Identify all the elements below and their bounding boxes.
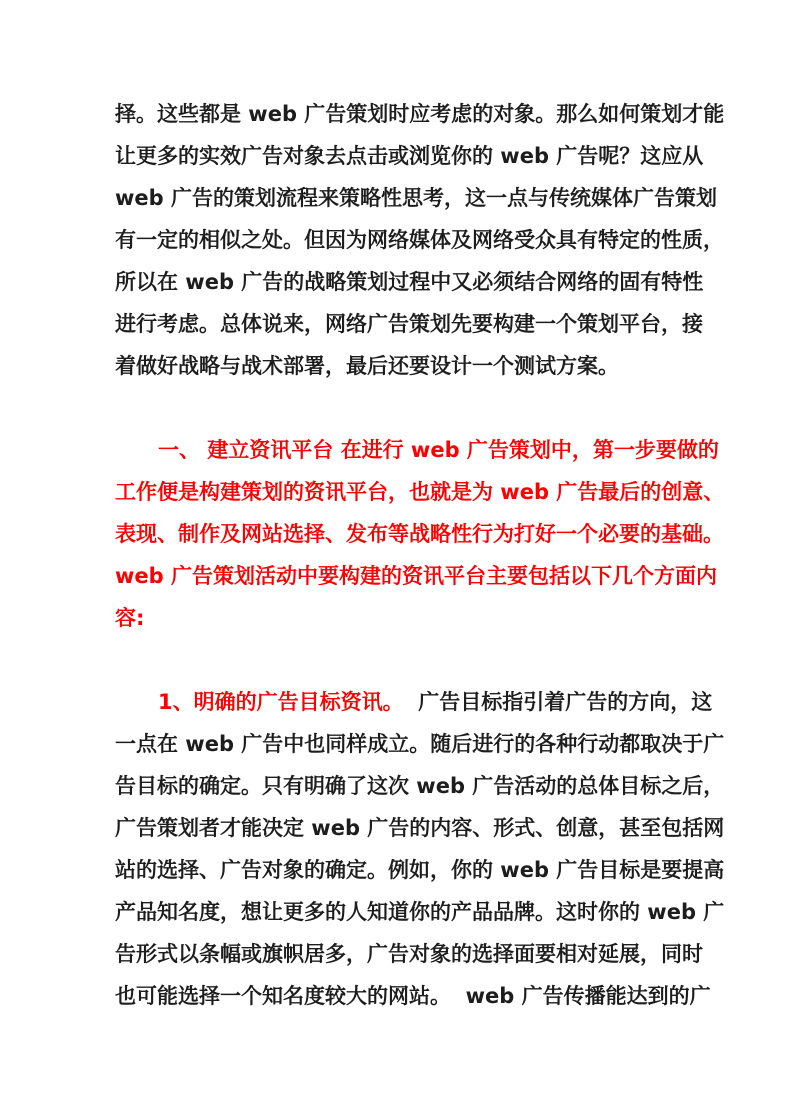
text-segment-red: 工作便是构建策划的资讯平台，也就是为 web 广告最后的创意、 <box>115 480 724 504</box>
text-segment-black: 广告策划者才能决定 web 广告的内容、形式、创意，甚至包括网 <box>115 816 724 840</box>
text-segment-black: 告目标的确定。只有明确了这次 web 广告活动的总体目标之后， <box>115 774 724 798</box>
text-line: 让更多的实效广告对象去点击或浏览你的 web 广告呢？这应从 <box>115 135 692 177</box>
paragraph-item-1-clear-ad-goal-info: 1、明确的广告目标资讯。 广告目标指引着广告的方向，这一点在 web 广告中也同… <box>115 681 692 1017</box>
text-line: web 广告的策划流程来策略性思考，这一点与传统媒体广告策划 <box>115 177 692 219</box>
text-segment-black: 择。这些都是 web 广告策划时应考虑的对象。那么如何策划才能 <box>115 102 724 126</box>
text-segment-black: 站的选择、广告对象的确定。例如，你的 web 广告目标是要提高 <box>115 858 724 882</box>
document-page: 择。这些都是 web 广告策划时应考虑的对象。那么如何策划才能让更多的实效广告对… <box>0 0 792 1120</box>
text-segment-black: 也可能选择一个知名度较大的网站。 web 广告传播能达到的广 <box>115 984 711 1008</box>
text-line: 站的选择、广告对象的确定。例如，你的 web 广告目标是要提高 <box>115 849 692 891</box>
text-segment-black: 产品知名度，想让更多的人知道你的产品品牌。这时你的 web 广 <box>115 900 724 924</box>
text-line: 产品知名度，想让更多的人知道你的产品品牌。这时你的 web 广 <box>115 891 692 933</box>
text-line: 择。这些都是 web 广告策划时应考虑的对象。那么如何策划才能 <box>115 93 692 135</box>
paragraph-web-ad-planning-intro: 择。这些都是 web 广告策划时应考虑的对象。那么如何策划才能让更多的实效广告对… <box>115 93 692 387</box>
text-segment-black: 进行考虑。总体说来，网络广告策划先要构建一个策划平台，接 <box>115 312 703 336</box>
text-segment-black: 一点在 web 广告中也同样成立。随后进行的各种行动都取决于广 <box>115 732 724 756</box>
text-segment-black: web 广告的策划流程来策略性思考，这一点与传统媒体广告策划 <box>115 186 717 210</box>
text-segment-black: 让更多的实效广告对象去点击或浏览你的 web 广告呢？这应从 <box>115 144 703 168</box>
text-segment-red: 一、 建立资讯平台 在进行 web 广告策划中，第一步要做的 <box>158 438 719 462</box>
text-line: 告目标的确定。只有明确了这次 web 广告活动的总体目标之后， <box>115 765 692 807</box>
text-line: 有一定的相似之处。但因为网络媒体及网络受众具有特定的性质， <box>115 219 692 261</box>
text-segment-red: 表现、制作及网站选择、发布等战略性行为打好一个必要的基础。 <box>115 522 724 546</box>
text-segment-black: 着做好战略与战术部署，最后还要设计一个测试方案。 <box>115 354 619 378</box>
text-segment-red: web 广告策划活动中要构建的资讯平台主要包括以下几个方面内 <box>115 564 717 588</box>
text-line: 表现、制作及网站选择、发布等战略性行为打好一个必要的基础。 <box>115 513 692 555</box>
text-segment-red: 容: <box>115 606 144 630</box>
text-line: 告形式以条幅或旗帜居多，广告对象的选择面要相对延展，同时 <box>115 933 692 975</box>
text-line: 所以在 web 广告的战略策划过程中又必须结合网络的固有特性 <box>115 261 692 303</box>
text-line: 广告策划者才能决定 web 广告的内容、形式、创意，甚至包括网 <box>115 807 692 849</box>
text-line: 1、明确的广告目标资讯。 广告目标指引着广告的方向，这 <box>115 681 692 723</box>
text-line: web 广告策划活动中要构建的资讯平台主要包括以下几个方面内 <box>115 555 692 597</box>
text-segment-black: 所以在 web 广告的战略策划过程中又必须结合网络的固有特性 <box>115 270 703 294</box>
text-line: 一、 建立资讯平台 在进行 web 广告策划中，第一步要做的 <box>115 429 692 471</box>
text-segment-black: 告形式以条幅或旗帜居多，广告对象的选择面要相对延展，同时 <box>115 942 703 966</box>
text-line: 容: <box>115 597 692 639</box>
text-segment-red: 1、明确的广告目标资讯。 <box>158 690 404 714</box>
text-segment-black: 广告目标指引着广告的方向，这 <box>404 690 713 714</box>
text-line: 工作便是构建策划的资讯平台，也就是为 web 广告最后的创意、 <box>115 471 692 513</box>
paragraph-section-1-build-info-platform: 一、 建立资讯平台 在进行 web 广告策划中，第一步要做的工作便是构建策划的资… <box>115 429 692 639</box>
text-segment-black: 有一定的相似之处。但因为网络媒体及网络受众具有特定的性质， <box>115 228 724 252</box>
document-body: 择。这些都是 web 广告策划时应考虑的对象。那么如何策划才能让更多的实效广告对… <box>115 93 692 1017</box>
text-line: 也可能选择一个知名度较大的网站。 web 广告传播能达到的广 <box>115 975 692 1017</box>
text-line: 一点在 web 广告中也同样成立。随后进行的各种行动都取决于广 <box>115 723 692 765</box>
text-line: 进行考虑。总体说来，网络广告策划先要构建一个策划平台，接 <box>115 303 692 345</box>
text-line: 着做好战略与战术部署，最后还要设计一个测试方案。 <box>115 345 692 387</box>
